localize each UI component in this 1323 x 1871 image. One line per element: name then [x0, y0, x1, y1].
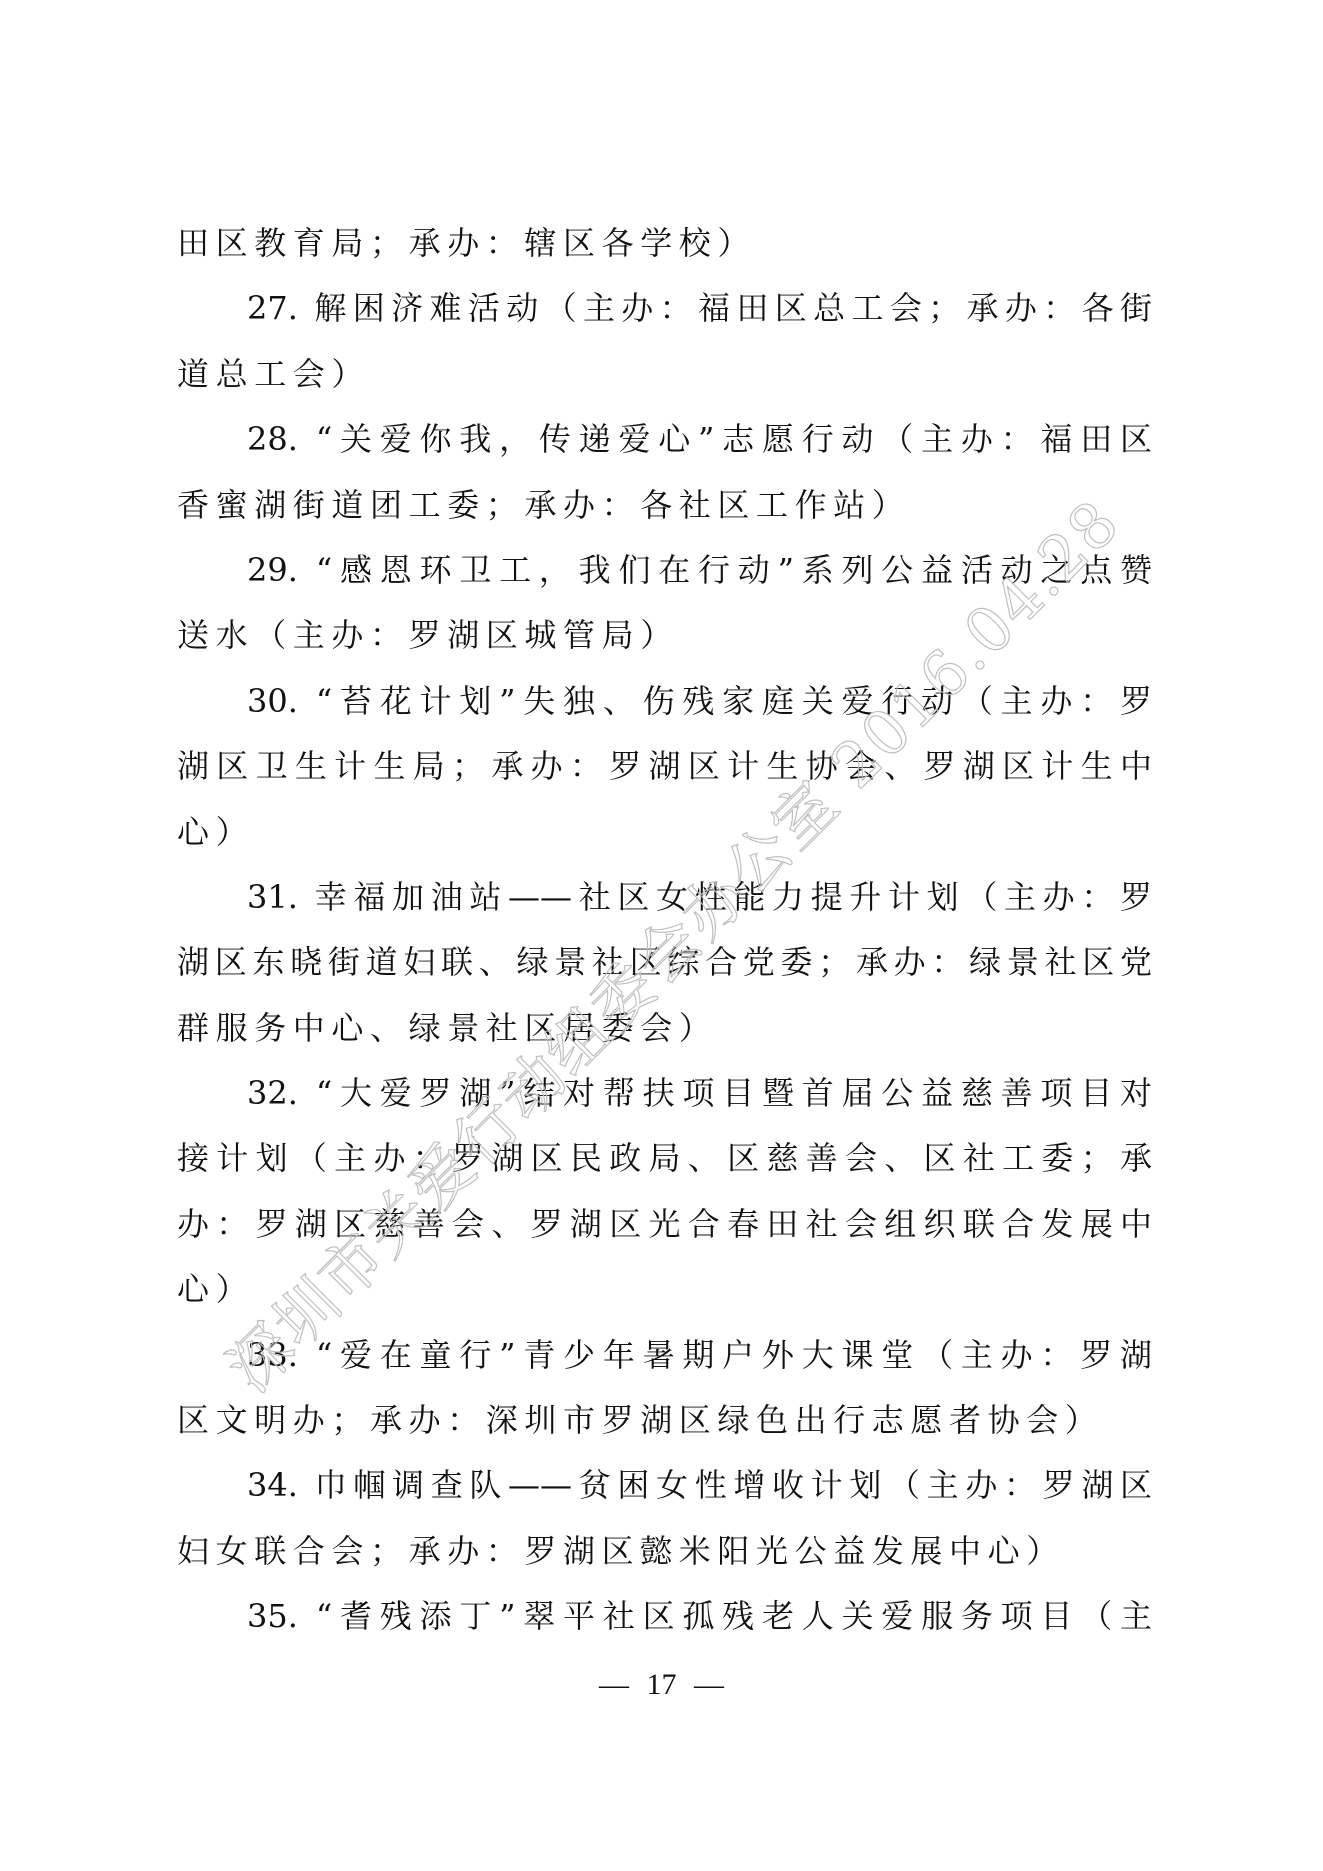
list-item-32: 32. “大爱罗湖”结对帮扶项目暨首届公益慈善项目对: [177, 1061, 1152, 1126]
list-item-30: 30. “苔花计划”失独、伤残家庭关爱行动（主办：罗: [177, 669, 1152, 734]
body-text: 田区教育局；承办：辖区各学校） 27. 解困济难活动（主办：福田区总工会；承办：…: [177, 211, 1152, 1650]
text-line: 办：罗湖区慈善会、罗湖区光合春田社会组织联合发展中: [177, 1192, 1152, 1257]
text-line: 送水（主办：罗湖区城管局）: [177, 603, 1152, 668]
text-line: 群服务中心、绿景社区居委会）: [177, 996, 1152, 1061]
text-line: 湖区卫生计生局；承办：罗湖区计生协会、罗湖区计生中: [177, 734, 1152, 799]
text-line: 湖区东晓街道妇联、绿景社区综合党委；承办：绿景社区党: [177, 930, 1152, 995]
list-item-34: 34. 巾帼调查队——贫困女性增收计划（主办：罗湖区: [177, 1453, 1152, 1518]
text-line: 香蜜湖街道团工委；承办：各社区工作站）: [177, 473, 1152, 538]
text-line: 道总工会）: [177, 342, 1152, 407]
document-page: 田区教育局；承办：辖区各学校） 27. 解困济难活动（主办：福田区总工会；承办：…: [0, 0, 1323, 1871]
text-line: 妇女联合会；承办：罗湖区懿米阳光公益发展中心）: [177, 1519, 1152, 1584]
text-line: 心）: [177, 1257, 1152, 1322]
text-line: 心）: [177, 800, 1152, 865]
list-item-33: 33. “爱在童行”青少年暑期户外大课堂（主办：罗湖: [177, 1323, 1152, 1388]
text-line: 接计划（主办：罗湖区民政局、区慈善会、区社工委；承: [177, 1126, 1152, 1191]
list-item-29: 29. “感恩环卫工，我们在行动”系列公益活动之点赞: [177, 538, 1152, 603]
text-line: 田区教育局；承办：辖区各学校）: [177, 211, 1152, 276]
list-item-31: 31. 幸福加油站——社区女性能力提升计划（主办：罗: [177, 865, 1152, 930]
page-number: — 17 —: [0, 1663, 1323, 1707]
list-item-28: 28. “关爱你我，传递爱心”志愿行动（主办：福田区: [177, 407, 1152, 472]
text-line: 区文明办；承办：深圳市罗湖区绿色出行志愿者协会）: [177, 1388, 1152, 1453]
list-item-27: 27. 解困济难活动（主办：福田区总工会；承办：各街: [177, 276, 1152, 341]
list-item-35: 35. “耆残添丁”翠平社区孤残老人关爱服务项目（主: [177, 1584, 1152, 1649]
